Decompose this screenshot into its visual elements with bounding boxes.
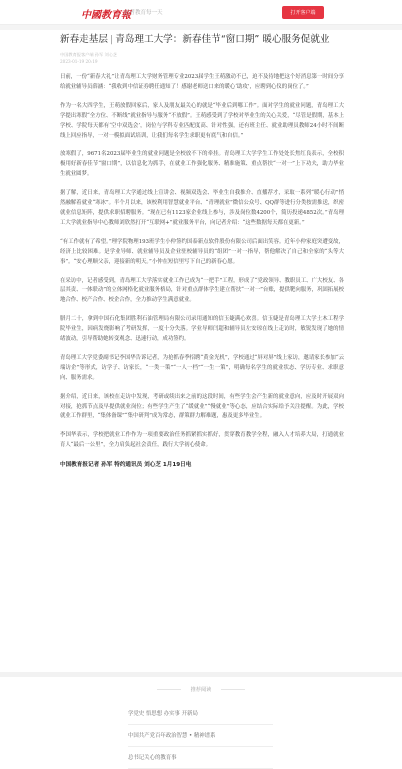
article-source: 中国教育报客户端 孙军 刘心芝 [60, 51, 344, 58]
paragraph: 青岛理工大学党委副书记李国华告诉记者，为抢抓春季招聘“黄金光机”，学校通过“屏对… [60, 354, 344, 384]
article-body: 日前，一份“新春大礼”让青岛理工大学财务管理专业2023届学生王萌激动不已，迫不… [60, 73, 344, 451]
paragraph: 据介绍，近日来，该校在走访中发现，考研或续出来之前的这段时间，有些学生会产生新的… [60, 393, 344, 423]
paragraph: 日前，一份“新春大礼”让青岛理工大学财务管理专业2023届学生王萌激动不已，迫不… [60, 73, 344, 93]
heading-line-right [221, 689, 245, 690]
heading-line-left [157, 689, 181, 690]
brand-slogan: 記者教育每一天 [124, 8, 163, 16]
paragraph: 在采访中，记者感受到，青岛理工大学落实就业工作已成为“一把手”工程，形成了“党政… [60, 277, 344, 307]
article-date: 2023-01-19 20:19 [60, 58, 344, 65]
recommend-item[interactable]: 中国共产党百年政治智慧 • 精神谱系 [128, 725, 273, 747]
title-tag: 新春走基层 [60, 34, 108, 45]
article-meta: 中国教育报客户端 孙军 刘心芝 2023-01-19 20:19 [60, 51, 344, 65]
paragraph: 李国华表示，学校把就业工作作为一项重要政治任务抓紧抓实抓好，贯穿教育教学全程，融… [60, 431, 344, 451]
paragraph: 腊月二十，拿到中国石化集团胜利石油管理局有限公司录用通知的信玉婕满心欢喜。信玉婕… [60, 315, 344, 345]
header-divider [0, 25, 402, 30]
paragraph: 放寒假了，9671名2023届毕业生的就业问题是全校放不下的牵挂。青岛理工大学学… [60, 150, 344, 180]
recommend-heading-text: 推荐阅读 [191, 686, 212, 693]
recommend-list: 学党史 悟思想 办实事 开新局 中国共产党百年政治智慧 • 精神谱系 总书记关心… [128, 703, 273, 768]
recommend-item[interactable]: 学党史 悟思想 办实事 开新局 [128, 703, 273, 725]
paragraph: “有工作就有了希望。”理学院物理193班学生小仲签约国泰新点软件股份有限公司后面… [60, 238, 344, 268]
recommend-item[interactable]: 总书记关心的教育事 [128, 747, 273, 768]
recommended-reading: 推荐阅读 学党史 悟思想 办实事 开新局 中国共产党百年政治智慧 • 精神谱系 … [0, 686, 402, 768]
open-app-button[interactable]: 打开客户端 [282, 6, 324, 19]
article-byline: 中国教育报记者 孙军 特约通讯员 刘心芝 1月19日电 [60, 460, 344, 468]
section-divider [0, 672, 402, 677]
recommend-heading: 推荐阅读 [0, 686, 402, 693]
title-main: 青岛理工大学：新春佳节“窗口期” 暖心服务促就业 [115, 34, 329, 45]
article: 新春走基层|青岛理工大学：新春佳节“窗口期” 暖心服务促就业 中国教育报客户端 … [60, 33, 344, 468]
paragraph: 作为一名大四学生，王萌放假回家后，家人及朋友最关心的就是“毕业后到哪工作”。面对… [60, 102, 344, 142]
paragraph: 据了解，近日来，青岛理工大学通过线上宣讲会、视频双选会、毕业生自我推介、直播荐才… [60, 189, 344, 229]
article-title: 新春走基层|青岛理工大学：新春佳节“窗口期” 暖心服务促就业 [60, 33, 344, 47]
title-separator: | [110, 34, 113, 45]
top-bar: 中國教育報 記者教育每一天 打开客户端 [0, 0, 402, 25]
